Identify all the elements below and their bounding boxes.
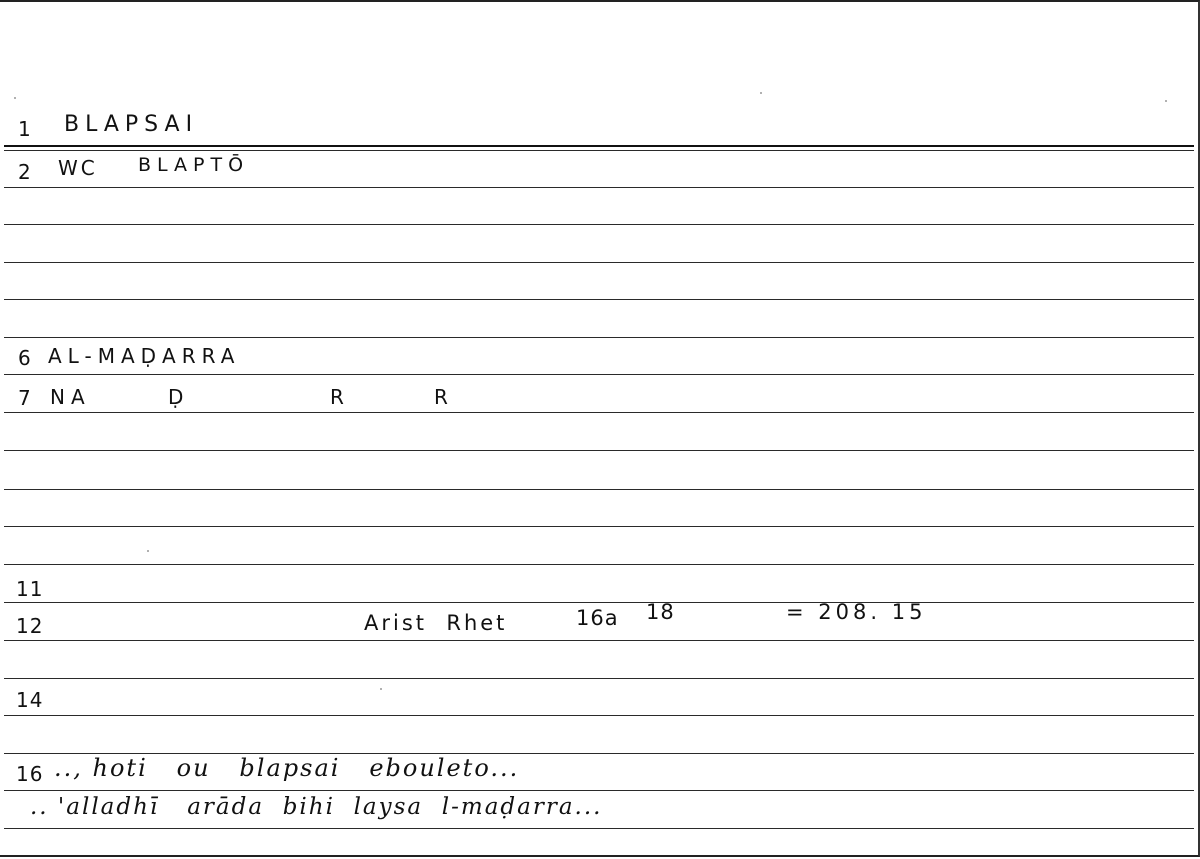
- edition-reference: = 208. 15: [786, 600, 926, 624]
- index-card: 1 BLAPSAI 2 WC BLAPTŌ 6 AL-MAḌARRA 7 NA …: [0, 0, 1200, 857]
- line-number-1: 1: [18, 117, 32, 141]
- line-number-2: 2: [18, 160, 32, 184]
- ruled-line: [4, 602, 1194, 603]
- ruled-line: [4, 374, 1194, 375]
- line-number-12: 12: [16, 614, 43, 638]
- arabic-equivalent: AL-MAḌARRA: [48, 344, 240, 368]
- arabic-quotation: .. 'alladhī arāda bihi laysa l-maḍarra..…: [30, 794, 602, 820]
- ruled-line: [4, 790, 1194, 791]
- header-rule: [4, 145, 1194, 147]
- line-number-7: 7: [18, 386, 32, 410]
- ruled-line: [4, 224, 1194, 225]
- scan-speck: [760, 92, 762, 94]
- line-number-14: 14: [16, 688, 43, 712]
- ruled-line: [4, 715, 1194, 716]
- scan-speck: [14, 97, 16, 99]
- line-number-16: 16: [16, 762, 43, 786]
- source-locus: 16a: [576, 606, 619, 630]
- ruled-line: [4, 564, 1194, 565]
- ruled-line: [4, 187, 1194, 188]
- lemma: BLAPTŌ: [138, 154, 249, 176]
- line-number-11: 11: [16, 577, 43, 601]
- greek-quotation: .., hoti ou blapsai ebouleto...: [54, 754, 519, 782]
- line-number-6: 6: [18, 346, 32, 370]
- headword: BLAPSAI: [64, 112, 198, 137]
- ruled-line: [4, 640, 1194, 641]
- ruled-line: [4, 337, 1194, 338]
- ruled-line: [4, 526, 1194, 527]
- scan-speck: [1165, 100, 1167, 102]
- header-rule-secondary: [4, 150, 1194, 151]
- root-letter-3: R: [434, 385, 454, 409]
- wc-label: WC: [58, 156, 98, 180]
- source-reference: Arist Rhet: [364, 611, 507, 635]
- root-letter-2: R: [330, 385, 350, 409]
- ruled-line: [4, 262, 1194, 263]
- na-label: NA: [50, 385, 91, 409]
- scan-speck: [147, 550, 149, 552]
- ruled-line: [4, 450, 1194, 451]
- scan-speck: [380, 688, 382, 690]
- ruled-line: [4, 489, 1194, 490]
- ruled-line: [4, 412, 1194, 413]
- ruled-line: [4, 299, 1194, 300]
- ruled-line: [4, 678, 1194, 679]
- ruled-line: [4, 828, 1194, 829]
- root-letter-1: Ḍ: [168, 385, 189, 409]
- source-line: 18: [646, 600, 675, 624]
